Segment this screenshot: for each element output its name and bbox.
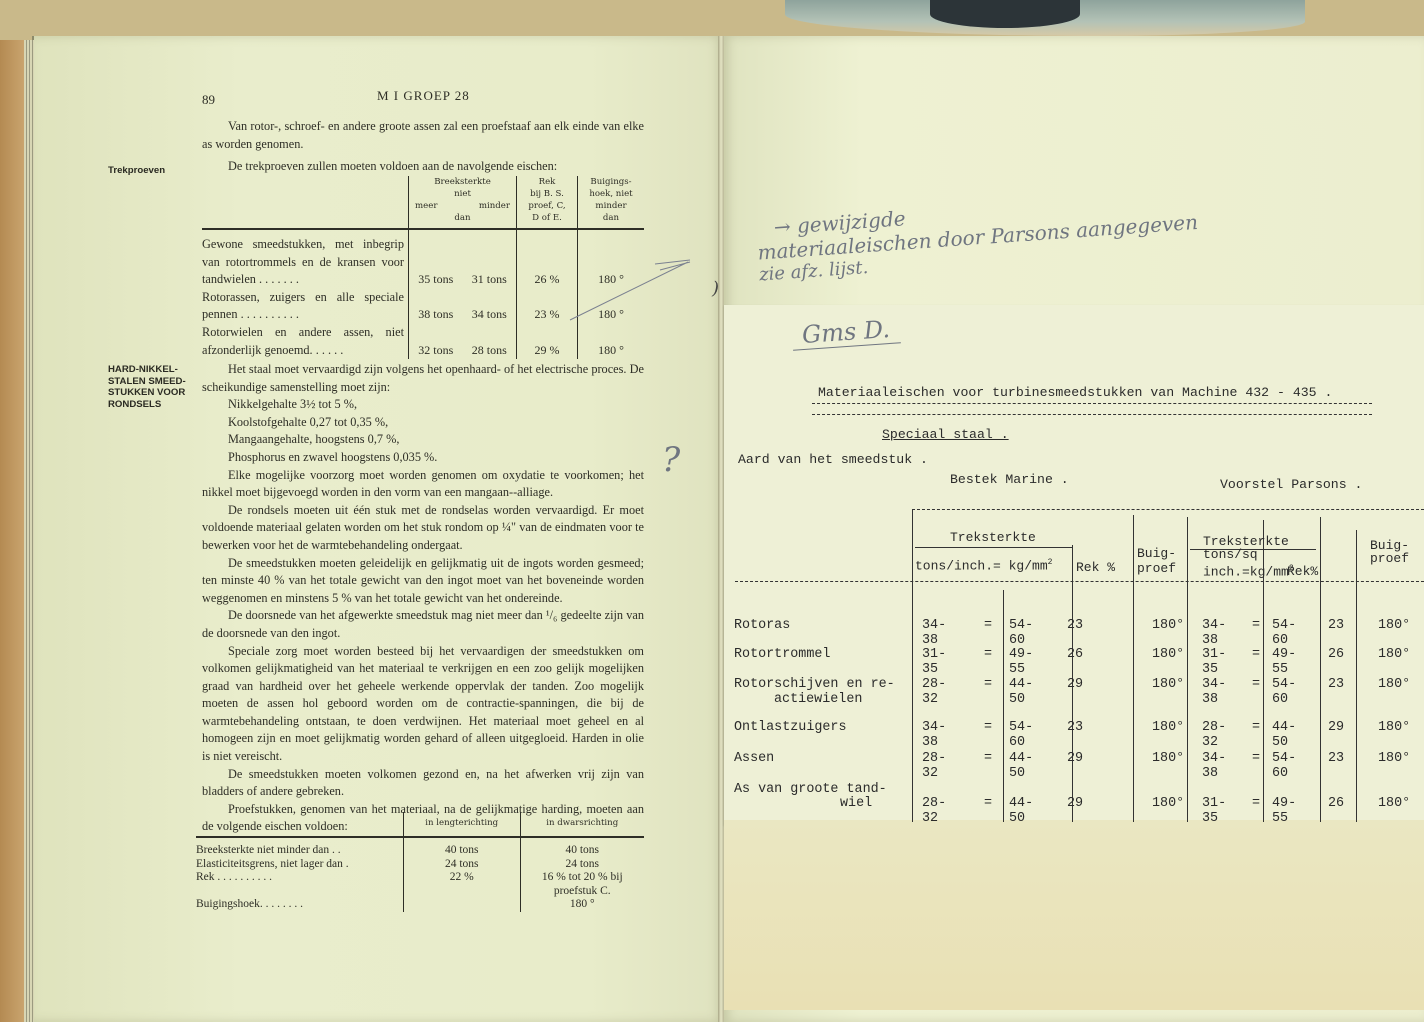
header-unit-marine: tons/inch.= kg/mm2 — [915, 558, 1052, 573]
col-line — [912, 510, 913, 822]
subtitle: Speciaal staal . — [882, 427, 1009, 442]
intro-paragraph: Van rotor-, schroef- en andere groote as… — [202, 118, 644, 153]
header-rek-marine: Rek % — [1076, 560, 1115, 575]
margin-paren: ) — [712, 278, 719, 299]
header-buigproef-marine: Buig- proef — [1137, 546, 1176, 576]
document-title: Materiaaleischen voor turbinesmeedstukke… — [818, 385, 1332, 400]
side-label-trekproeven: Trekproeven — [108, 165, 165, 177]
title-dashed-rule-2 — [812, 414, 1372, 415]
aard-label: Aard van het smeedstuk . — [738, 452, 928, 467]
col-line — [1320, 517, 1321, 822]
page-number: 89 — [202, 92, 215, 108]
hard-nikkel-body: Het staal moet vervaardigd zijn volgens … — [202, 361, 644, 836]
trekproeven-lead: De trekproeven zullen moeten voldoen aan… — [202, 158, 644, 176]
col-line — [1356, 530, 1357, 822]
composition-list: Nikkelgehalte 3½ tot 5 %, Koolstofgehalt… — [202, 396, 644, 466]
header-treksterkte-marine: Treksterkte — [950, 530, 1036, 545]
col-line — [1133, 515, 1134, 822]
table-row: Buigingshoek. . . . . . . .180 ° — [196, 898, 644, 912]
header-breeksterkte: Breeksterkte niet meerminder dan — [409, 176, 517, 229]
table-top-dashed-rule — [912, 509, 1424, 510]
running-head: M I GROEP 28 — [377, 88, 470, 104]
header-underline — [915, 547, 1072, 548]
header-rek: Rek bij B. S. proef, C, D of E. — [517, 176, 578, 229]
margin-question-mark: ? — [662, 440, 680, 480]
side-label-hard-nikkel: HARD-NIKKEL- STALEN SMEED- STUKKEN VOOR … — [108, 364, 186, 410]
table-row: Rek . . . . . . . . . .22 %16 % tot 20 %… — [196, 871, 644, 885]
table-row: Elasticiteitsgrens, niet lager dan .24 t… — [196, 858, 644, 872]
typed-insert-sheet — [724, 305, 1424, 825]
table-row: Breeksterkte niet minder dan . .40 tons4… — [196, 844, 644, 858]
group-bestek-marine: Bestek Marine . — [950, 472, 1069, 487]
lower-sheet — [724, 820, 1424, 1010]
page-edges — [24, 40, 34, 1022]
table-row: proefstuk C. — [196, 885, 644, 899]
pencil-arrow-mark — [560, 250, 700, 330]
header-buigproef-parsons: Buig- proef — [1370, 539, 1409, 565]
col-line — [1187, 517, 1188, 822]
col-line — [1003, 590, 1004, 822]
header-buigingshoek: Buigings- hoek, niet minder dan — [578, 176, 645, 229]
group-voorstel-parsons: Voorstel Parsons . — [1220, 477, 1362, 492]
background-shadow — [930, 0, 1080, 28]
header-unit-parsons: tons/sq inch.=kg/mm2 — [1203, 548, 1294, 579]
header-rek-parsons: Rek% — [1287, 564, 1318, 579]
proefstukken-table: in lengterichting in dwarsrichting Breek… — [196, 812, 644, 912]
title-dashed-rule-1 — [812, 403, 1372, 404]
